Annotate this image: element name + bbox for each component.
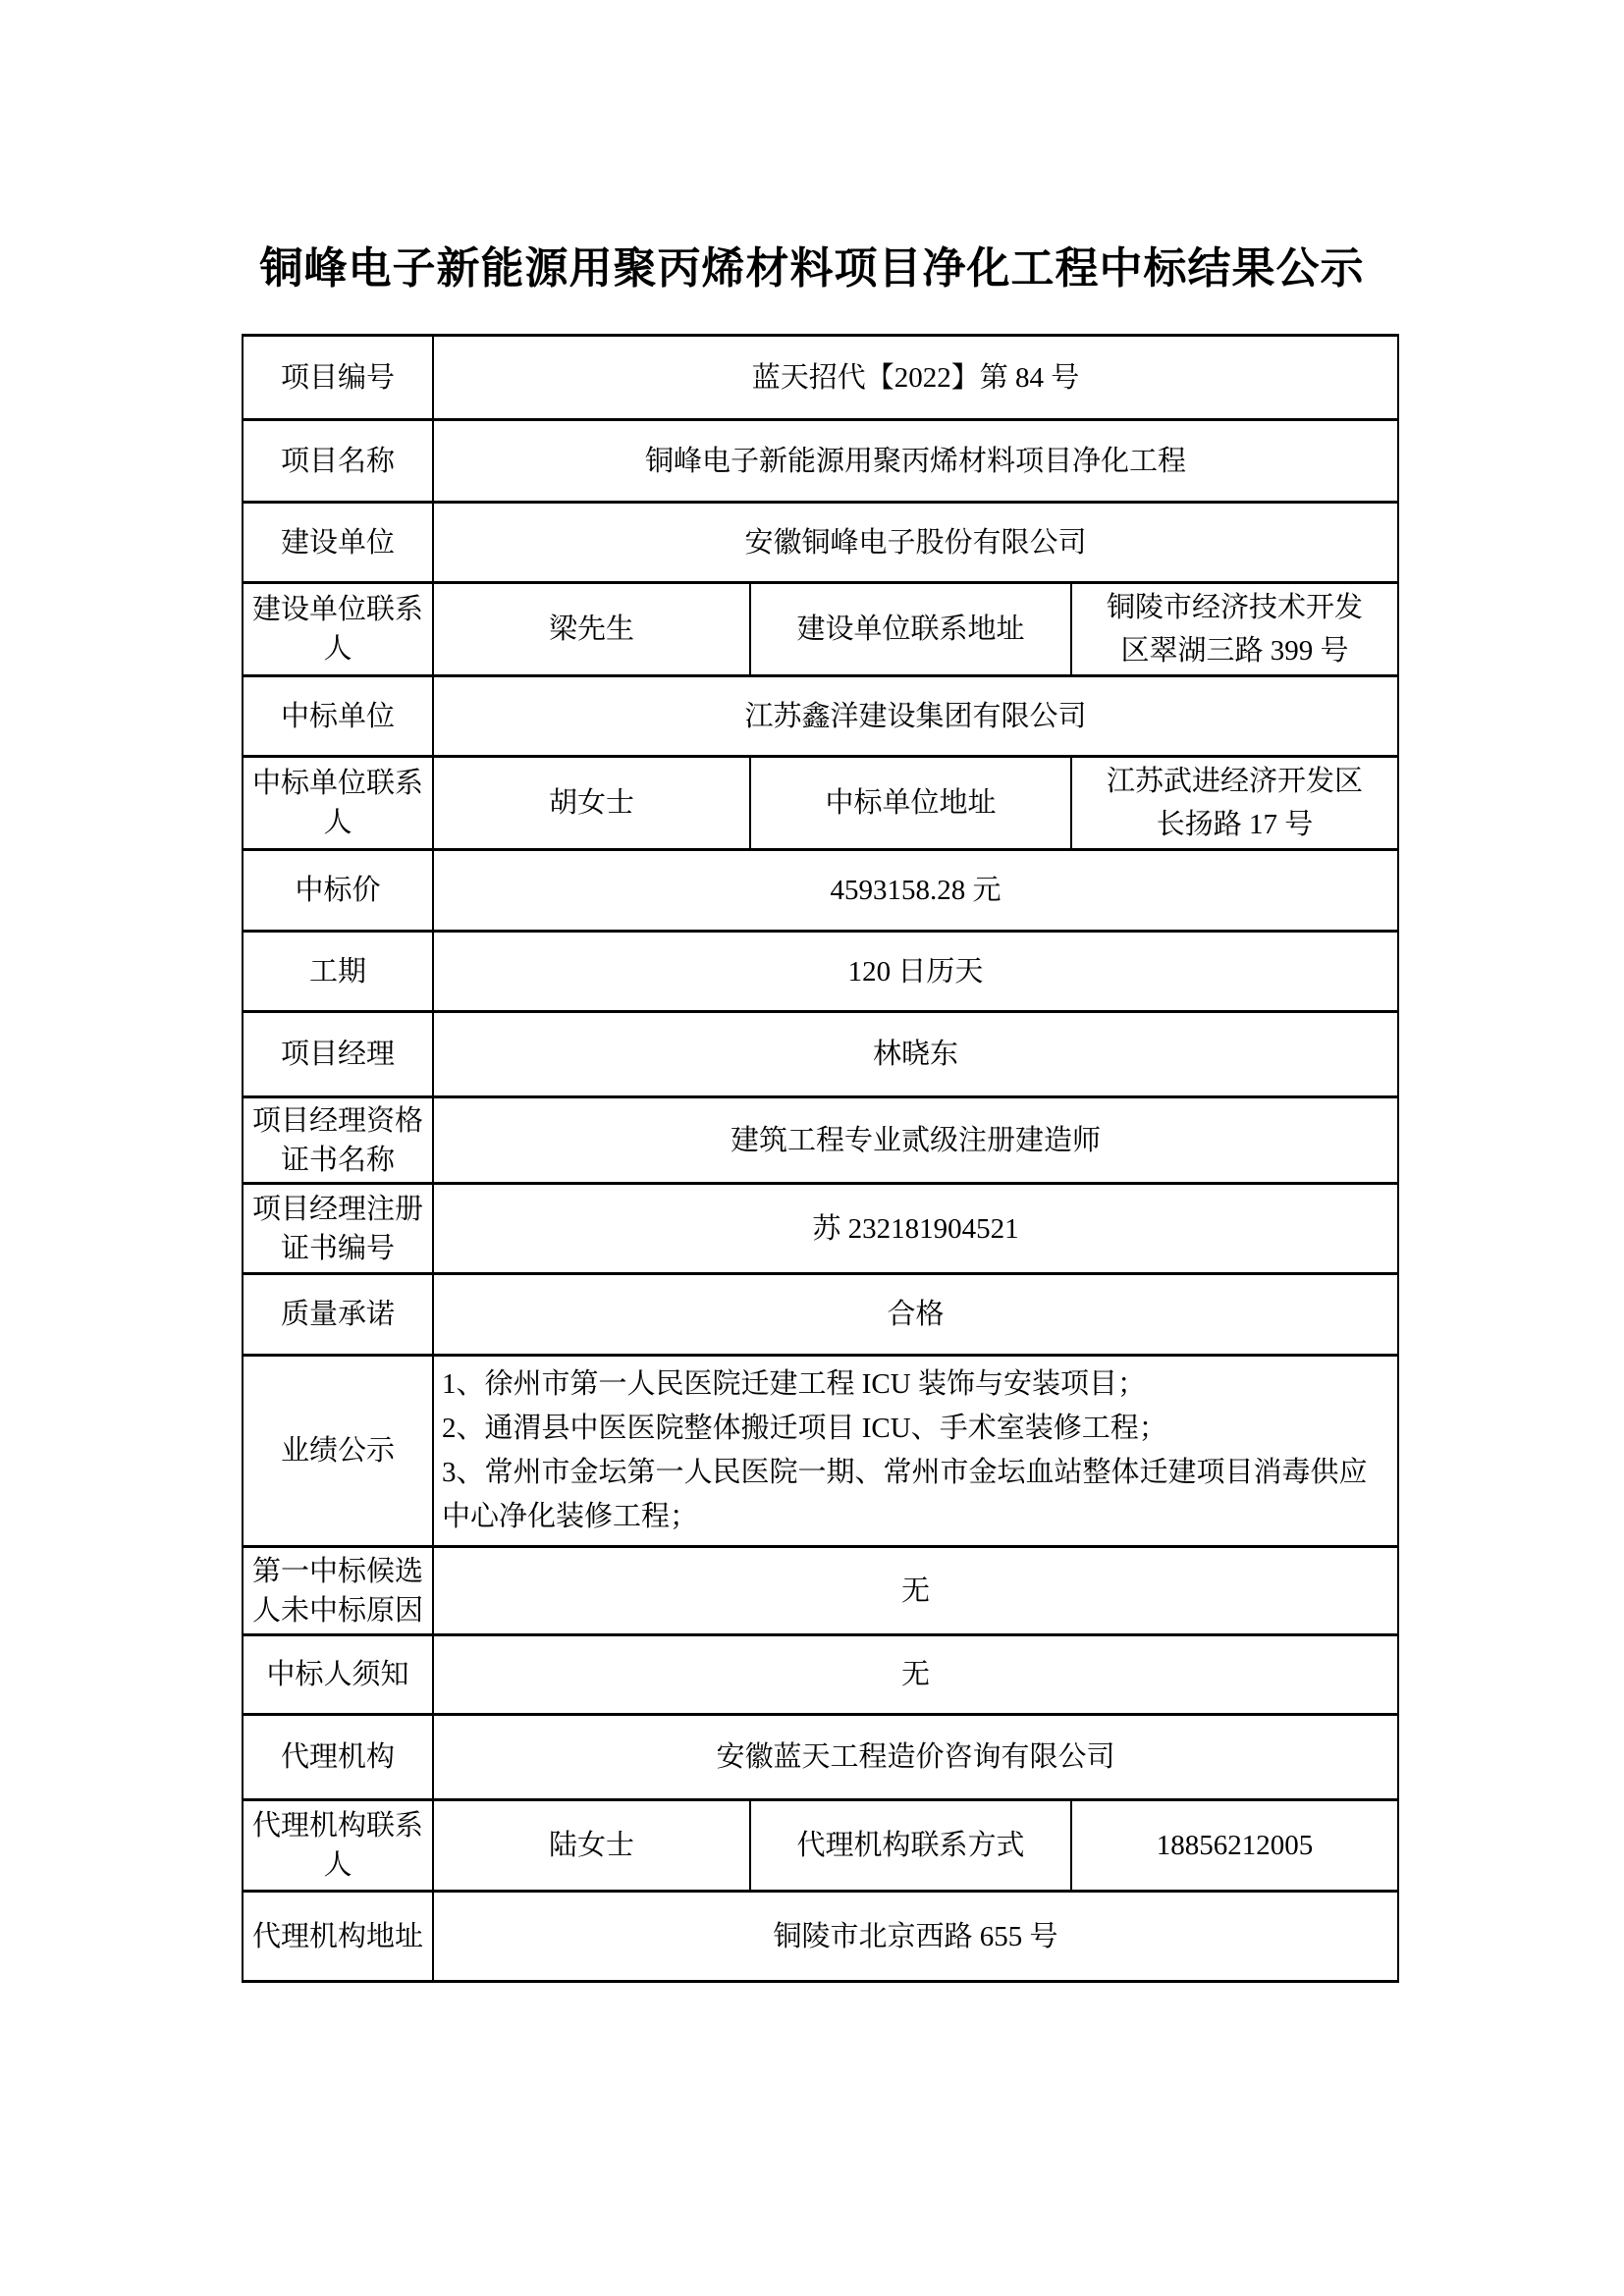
row-value-cell: 无 xyxy=(433,1635,1398,1715)
row-label2-cell: 建设单位联系地址 xyxy=(750,583,1071,676)
table-row: 项目经理 林晓东 xyxy=(243,1012,1398,1097)
row-label-cell: 项目名称 xyxy=(243,420,433,503)
table-row: 代理机构 安徽蓝天工程造价咨询有限公司 xyxy=(243,1715,1398,1800)
row-value-cell: 梁先生 xyxy=(433,583,750,676)
row-label-cell: 建设单位 xyxy=(243,503,433,583)
row-label-cell: 建设单位联系人 xyxy=(243,583,433,676)
performance-item: 2、通渭县中医医院整体搬迁项目 ICU、手术室装修工程； xyxy=(442,1407,1393,1451)
row-value-cell: 胡女士 xyxy=(433,757,750,850)
row-value-cell: 铜陵市北京西路 655 号 xyxy=(433,1892,1398,1982)
row-label-cell: 代理机构地址 xyxy=(243,1892,433,1982)
table-row: 中标价 4593158.28 元 xyxy=(243,850,1398,932)
row-value-cell: 蓝天招代【2022】第 84 号 xyxy=(433,336,1398,420)
row-label-cell: 质量承诺 xyxy=(243,1274,433,1356)
row-label-cell: 中标价 xyxy=(243,850,433,932)
row-label-cell: 代理机构 xyxy=(243,1715,433,1800)
row-value2-cell: 18856212005 xyxy=(1071,1800,1398,1892)
table-row: 代理机构地址 铜陵市北京西路 655 号 xyxy=(243,1892,1398,1982)
table-row: 项目经理注册证书编号 苏 232181904521 xyxy=(243,1184,1398,1274)
table-row: 建设单位联系人 梁先生 建设单位联系地址 铜陵市经济技术开发区翠湖三路 399 … xyxy=(243,583,1398,676)
table-row: 质量承诺 合格 xyxy=(243,1274,1398,1356)
row-label-cell: 项目经理注册证书编号 xyxy=(243,1184,433,1274)
table-row: 中标单位联系人 胡女士 中标单位地址 江苏武进经济开发区长扬路 17 号 xyxy=(243,757,1398,850)
row-label2-cell: 代理机构联系方式 xyxy=(750,1800,1071,1892)
row-label-cell: 中标单位联系人 xyxy=(243,757,433,850)
table-row: 项目名称 铜峰电子新能源用聚丙烯材料项目净化工程 xyxy=(243,420,1398,503)
row-value-cell: 安徽铜峰电子股份有限公司 xyxy=(433,503,1398,583)
row-value-cell: 4593158.28 元 xyxy=(433,850,1398,932)
row-value2-cell: 江苏武进经济开发区长扬路 17 号 xyxy=(1071,757,1398,850)
row-value-cell: 林晓东 xyxy=(433,1012,1398,1097)
row-label-cell: 中标人须知 xyxy=(243,1635,433,1715)
performance-item: 3、常州市金坛第一人民医院一期、常州市金坛血站整体迁建项目消毒供应中心净化装修工… xyxy=(442,1451,1393,1539)
row-value-cell: 苏 232181904521 xyxy=(433,1184,1398,1274)
row-value2-cell: 铜陵市经济技术开发区翠湖三路 399 号 xyxy=(1071,583,1398,676)
document-page: 铜峰电子新能源用聚丙烯材料项目净化工程中标结果公示 项目编号 蓝天招代【2022… xyxy=(0,0,1624,2296)
row-value-cell: 无 xyxy=(433,1547,1398,1635)
row-label-cell: 项目经理资格证书名称 xyxy=(243,1097,433,1184)
row-value-cell: 铜峰电子新能源用聚丙烯材料项目净化工程 xyxy=(433,420,1398,503)
row-value-cell: 陆女士 xyxy=(433,1800,750,1892)
row-label-cell: 业绩公示 xyxy=(243,1356,433,1547)
row-value-cell: 江苏鑫洋建设集团有限公司 xyxy=(433,676,1398,757)
row-label-cell: 第一中标候选人未中标原因 xyxy=(243,1547,433,1635)
table-row: 项目经理资格证书名称 建筑工程专业贰级注册建造师 xyxy=(243,1097,1398,1184)
table-row: 中标单位 江苏鑫洋建设集团有限公司 xyxy=(243,676,1398,757)
performance-item: 1、徐州市第一人民医院迁建工程 ICU 装饰与安装项目； xyxy=(442,1362,1393,1407)
table-row: 工期 120 日历天 xyxy=(243,932,1398,1012)
document-title: 铜峰电子新能源用聚丙烯材料项目净化工程中标结果公示 xyxy=(0,240,1624,298)
table-row: 业绩公示 1、徐州市第一人民医院迁建工程 ICU 装饰与安装项目； 2、通渭县中… xyxy=(243,1356,1398,1547)
row-value-cell: 合格 xyxy=(433,1274,1398,1356)
row-value-cell: 120 日历天 xyxy=(433,932,1398,1012)
row-value-cell: 建筑工程专业贰级注册建造师 xyxy=(433,1097,1398,1184)
row-value-cell: 安徽蓝天工程造价咨询有限公司 xyxy=(433,1715,1398,1800)
table-row: 中标人须知 无 xyxy=(243,1635,1398,1715)
table-row: 代理机构联系人 陆女士 代理机构联系方式 18856212005 xyxy=(243,1800,1398,1892)
row-label-cell: 项目编号 xyxy=(243,336,433,420)
table-row: 第一中标候选人未中标原因 无 xyxy=(243,1547,1398,1635)
row-label-cell: 中标单位 xyxy=(243,676,433,757)
row-label-cell: 代理机构联系人 xyxy=(243,1800,433,1892)
tender-result-table: 项目编号 蓝天招代【2022】第 84 号 项目名称 铜峰电子新能源用聚丙烯材料… xyxy=(242,334,1399,1983)
row-label2-cell: 中标单位地址 xyxy=(750,757,1071,850)
row-label-cell: 项目经理 xyxy=(243,1012,433,1097)
performance-list-cell: 1、徐州市第一人民医院迁建工程 ICU 装饰与安装项目； 2、通渭县中医医院整体… xyxy=(433,1356,1398,1547)
row-label-cell: 工期 xyxy=(243,932,433,1012)
table-row: 项目编号 蓝天招代【2022】第 84 号 xyxy=(243,336,1398,420)
table-row: 建设单位 安徽铜峰电子股份有限公司 xyxy=(243,503,1398,583)
